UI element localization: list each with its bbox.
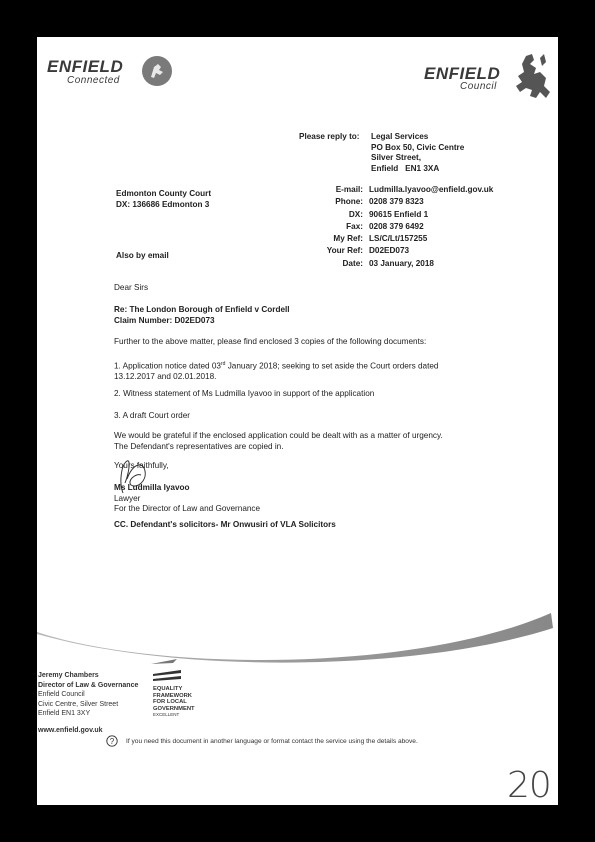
cc-line: CC. Defendant's solicitors- Mr Onwusiri … bbox=[114, 520, 336, 531]
equality-line: GOVERNMENT bbox=[153, 706, 195, 713]
contact-row-fax: Fax:0208 379 6492 bbox=[293, 221, 493, 233]
footer-line: Jeremy Chambers bbox=[38, 671, 138, 681]
contact-my-ref: LS/C/Lt/157255 bbox=[369, 233, 427, 245]
contact-row-date: Date:03 January, 2018 bbox=[293, 258, 493, 270]
urgency-line: We would be grateful if the enclosed app… bbox=[114, 431, 443, 442]
item1-dates: 13.12.2017 and 02.01.2018. bbox=[114, 372, 438, 383]
footer-line: Enfield EN1 3XY bbox=[38, 709, 138, 719]
equality-line: EQUALITY bbox=[153, 686, 195, 693]
contact-row-dx: DX:90615 Enfield 1 bbox=[293, 209, 493, 221]
enfield-council-logo: ENFIELD Council bbox=[424, 52, 554, 102]
contact-label: Date: bbox=[293, 258, 363, 270]
question-circle-icon: ? bbox=[106, 735, 118, 747]
contact-row-my-ref: My Ref:LS/C/Lt/157255 bbox=[293, 233, 493, 245]
footer-website[interactable]: www.enfield.gov.uk bbox=[38, 726, 103, 736]
enclosure-item-1: 1. Application notice dated 03rd January… bbox=[114, 359, 438, 383]
contact-your-ref: D02ED073 bbox=[369, 245, 409, 257]
dragon-rampant-icon bbox=[506, 52, 554, 104]
footer-address: Jeremy Chambers Director of Law & Govern… bbox=[38, 671, 138, 719]
enfield-connected-logo: ENFIELD Connected bbox=[47, 57, 167, 97]
contact-row-email: E-mail:Ludmilla.lyavoo@enfield.gov.uk bbox=[293, 184, 493, 196]
reply-to-address: Legal Services PO Box 50, Civic Centre S… bbox=[371, 132, 464, 174]
contact-label: Your Ref: bbox=[293, 245, 363, 257]
footer-line: Enfield Council bbox=[38, 690, 138, 700]
signature-block: Ms Ludmilla Iyavoo Lawyer For the Direct… bbox=[114, 483, 260, 515]
contact-label: DX: bbox=[293, 209, 363, 221]
urgency-line: The Defendant's representatives are copi… bbox=[114, 442, 443, 453]
equality-framework-badge: EQUALITY FRAMEWORK FOR LOCAL GOVERNMENT … bbox=[153, 670, 195, 719]
item1-text-cont: January 2018; seeking to set aside the C… bbox=[225, 362, 438, 371]
re-line: Re: The London Borough of Enfield v Cord… bbox=[114, 305, 290, 316]
recipient-line: DX: 136686 Edmonton 3 bbox=[116, 200, 211, 211]
contact-date: 03 January, 2018 bbox=[369, 258, 434, 270]
also-by-email: Also by email bbox=[116, 251, 169, 262]
urgency-paragraph: We would be grateful if the enclosed app… bbox=[114, 431, 443, 452]
svg-text:?: ? bbox=[110, 737, 115, 746]
help-notice-text: If you need this document in another lan… bbox=[126, 738, 418, 745]
salutation: Dear Sirs bbox=[114, 283, 148, 294]
reply-line: PO Box 50, Civic Centre bbox=[371, 143, 464, 154]
reply-line: Enfield EN1 3XA bbox=[371, 164, 464, 175]
equality-line: FRAMEWORK bbox=[153, 693, 195, 700]
recipient-line: Edmonton County Court bbox=[116, 189, 211, 200]
contact-details: E-mail:Ludmilla.lyavoo@enfield.gov.uk Ph… bbox=[293, 184, 493, 270]
contact-label: My Ref: bbox=[293, 233, 363, 245]
enclosure-item-2: 2. Witness statement of Ms Ludmilla Iyav… bbox=[114, 389, 374, 400]
signatory-for: For the Director of Law and Governance bbox=[114, 504, 260, 515]
footer-line: Civic Centre, Silver Street bbox=[38, 700, 138, 710]
contact-dx: 90615 Enfield 1 bbox=[369, 209, 428, 221]
reply-line: Legal Services bbox=[371, 132, 464, 143]
reply-to-label: Please reply to: bbox=[299, 132, 360, 143]
re-subject: Re: The London Borough of Enfield v Cord… bbox=[114, 305, 290, 326]
intro-paragraph: Further to the above matter, please find… bbox=[114, 337, 426, 348]
contact-email: Ludmilla.lyavoo@enfield.gov.uk bbox=[369, 184, 493, 196]
signatory-role: Lawyer bbox=[114, 494, 260, 505]
help-notice: ? If you need this document in another l… bbox=[106, 735, 418, 747]
logo-left-title: ENFIELD bbox=[47, 57, 123, 77]
logo-left-subtitle: Connected bbox=[67, 75, 120, 86]
contact-row-phone: Phone:0208 379 8323 bbox=[293, 196, 493, 208]
equality-text: EQUALITY FRAMEWORK FOR LOCAL GOVERNMENT … bbox=[153, 686, 195, 719]
equality-line: EXCELLENT bbox=[153, 712, 195, 719]
contact-phone: 0208 379 8323 bbox=[369, 196, 424, 208]
recipient-address: Edmonton County Court DX: 136686 Edmonto… bbox=[116, 189, 211, 210]
item1-text: 1. Application notice dated 03 bbox=[114, 362, 221, 371]
dragon-emblem-circle-icon bbox=[141, 55, 173, 87]
claim-number: Claim Number: D02ED073 bbox=[114, 316, 290, 327]
footer-line: Director of Law & Governance bbox=[38, 681, 138, 691]
reply-line: Silver Street, bbox=[371, 153, 464, 164]
equality-line: FOR LOCAL bbox=[153, 699, 195, 706]
equality-stripes-icon bbox=[153, 670, 181, 684]
contact-label: E-mail: bbox=[293, 184, 363, 196]
enclosure-item-3: 3. A draft Court order bbox=[114, 411, 190, 422]
letter-page: ENFIELD Connected ENFIELD Council Please… bbox=[37, 37, 558, 805]
handwritten-page-number: 20 bbox=[507, 765, 551, 805]
logo-right-subtitle: Council bbox=[460, 81, 497, 92]
contact-label: Fax: bbox=[293, 221, 363, 233]
contact-fax: 0208 379 6492 bbox=[369, 221, 424, 233]
decorative-swoosh bbox=[37, 602, 558, 677]
contact-row-your-ref: Your Ref:D02ED073 bbox=[293, 245, 493, 257]
contact-label: Phone: bbox=[293, 196, 363, 208]
signatory-name: Ms Ludmilla Iyavoo bbox=[114, 483, 260, 494]
